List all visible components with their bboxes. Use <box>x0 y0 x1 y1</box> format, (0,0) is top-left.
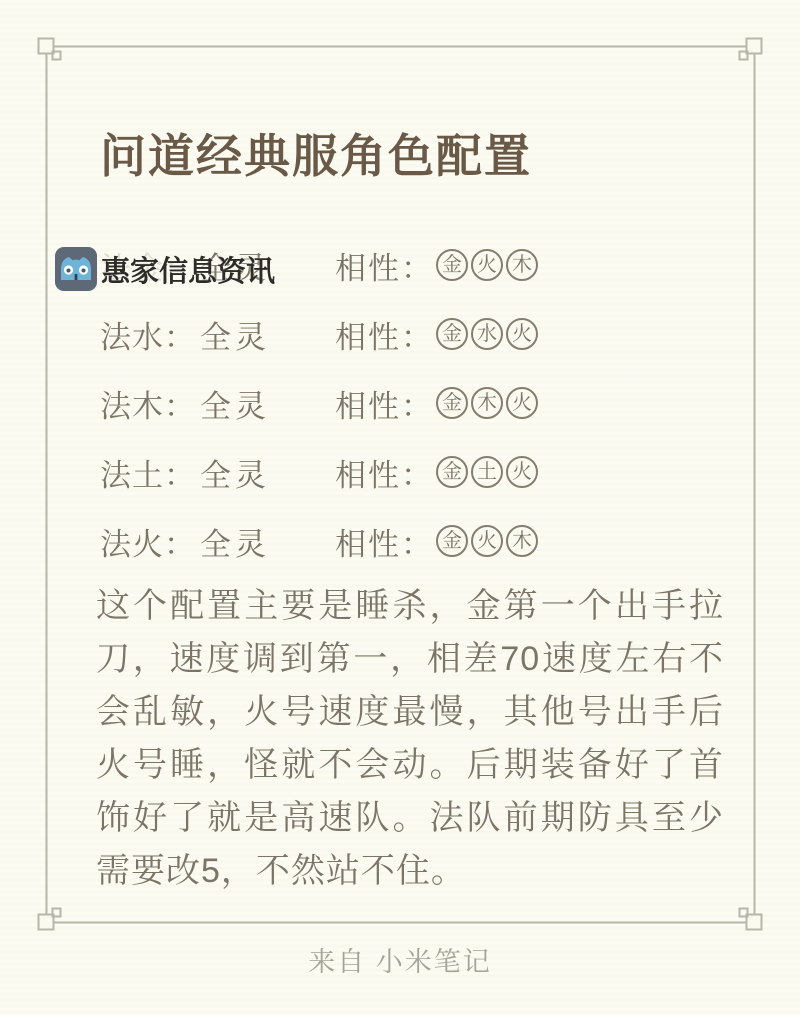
affinity-elements: 金 火 木 <box>436 249 541 281</box>
element-circle: 火 <box>506 387 538 419</box>
godot-robot-icon <box>55 247 97 291</box>
role-label: 法火： <box>100 519 200 564</box>
affinity-label: 相性： <box>335 312 434 357</box>
watermark-label: 惠家信息资讯 <box>101 249 275 290</box>
element-circle: 土 <box>471 456 503 488</box>
affinity-elements: 金 木 火 <box>436 387 541 419</box>
role-value: 全灵 <box>200 312 335 357</box>
page-title: 问道经典服角色配置 <box>100 120 532 186</box>
element-circle: 火 <box>471 249 503 281</box>
config-row-earth: 法土： 全灵 相性： 金 土 火 <box>100 453 660 491</box>
strategy-paragraph: 这个配置主要是睡杀，金第一个出手拉刀，速度调到第一，相差70速度左右不会乱敏，火… <box>96 580 724 898</box>
element-circle: 木 <box>506 249 538 281</box>
element-circle: 金 <box>436 249 468 281</box>
config-row-fire: 法火： 全灵 相性： 金 火 木 <box>100 522 660 560</box>
source-attribution: 来自 小米笔记 <box>0 940 800 979</box>
watermark: 惠家信息资讯 <box>55 247 275 291</box>
element-circle: 金 <box>436 456 468 488</box>
element-circle: 水 <box>471 318 503 350</box>
config-rows: 法金： 全灵 相性： 金 火 木 法水： 全灵 相性： 金 水 火 法木： 全灵… <box>100 246 660 591</box>
element-circle: 火 <box>506 318 538 350</box>
element-circle: 木 <box>506 525 538 557</box>
config-row-wood: 法木： 全灵 相性： 金 木 火 <box>100 384 660 422</box>
role-value: 全灵 <box>200 381 335 426</box>
element-circle: 金 <box>436 318 468 350</box>
affinity-elements: 金 土 火 <box>436 456 541 488</box>
affinity-label: 相性： <box>335 243 434 288</box>
role-label: 法水： <box>100 312 200 357</box>
element-circle: 木 <box>471 387 503 419</box>
config-row-water: 法水： 全灵 相性： 金 水 火 <box>100 315 660 353</box>
affinity-elements: 金 火 木 <box>436 525 541 557</box>
affinity-label: 相性： <box>335 519 434 564</box>
element-circle: 火 <box>506 456 538 488</box>
role-label: 法木： <box>100 381 200 426</box>
affinity-label: 相性： <box>335 381 434 426</box>
role-value: 全灵 <box>200 519 335 564</box>
element-circle: 金 <box>436 387 468 419</box>
role-value: 全灵 <box>200 450 335 495</box>
role-label: 法土： <box>100 450 200 495</box>
element-circle: 火 <box>471 525 503 557</box>
element-circle: 金 <box>436 525 468 557</box>
affinity-label: 相性： <box>335 450 434 495</box>
affinity-elements: 金 水 火 <box>436 318 541 350</box>
